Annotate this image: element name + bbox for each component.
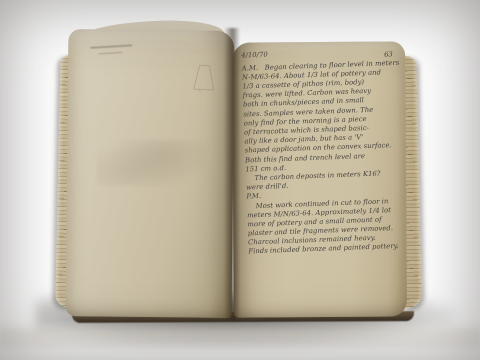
handwriting-block: 4/10/70 A.M. Began clearing to floor lev… bbox=[241, 46, 411, 257]
pencil-vessel-sketch bbox=[189, 62, 219, 99]
pencil-stroke bbox=[98, 52, 122, 55]
table-surface-highlight bbox=[0, 322, 480, 348]
pencil-smudge bbox=[97, 139, 207, 186]
left-page bbox=[66, 29, 235, 318]
right-page: 63 4/10/70 A.M. Began clearing to floor … bbox=[232, 41, 407, 317]
photo-of-notebook: { "right_page": { "date": "4/10/70", "pa… bbox=[0, 0, 480, 360]
pencil-stroke bbox=[90, 44, 132, 48]
faint-pencil-note bbox=[90, 44, 132, 55]
notebook-gutter bbox=[224, 28, 240, 320]
